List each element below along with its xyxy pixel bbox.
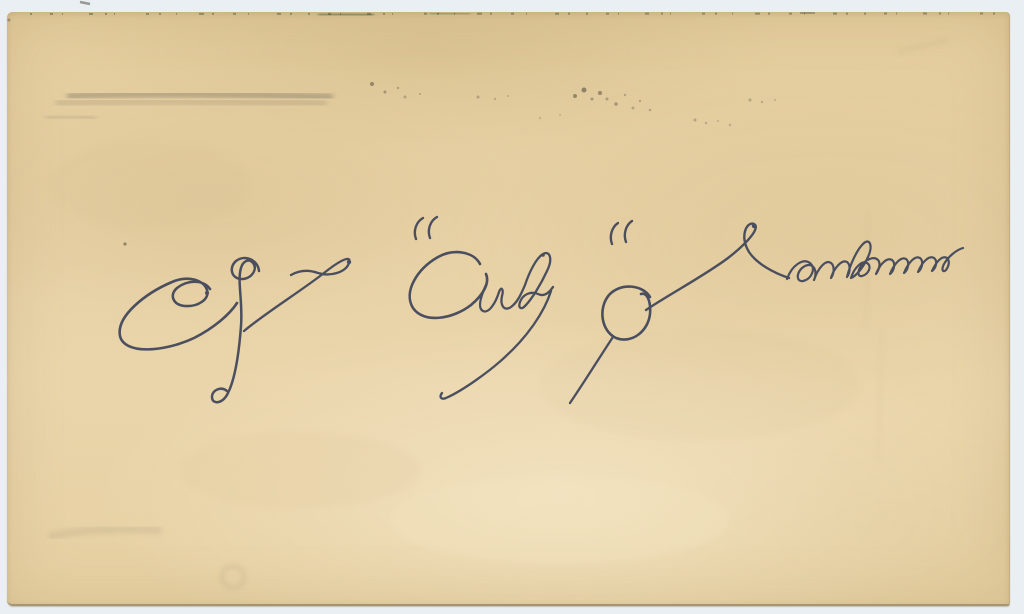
scanned-autograph-photo xyxy=(0,0,1024,614)
index-card xyxy=(7,12,1010,606)
